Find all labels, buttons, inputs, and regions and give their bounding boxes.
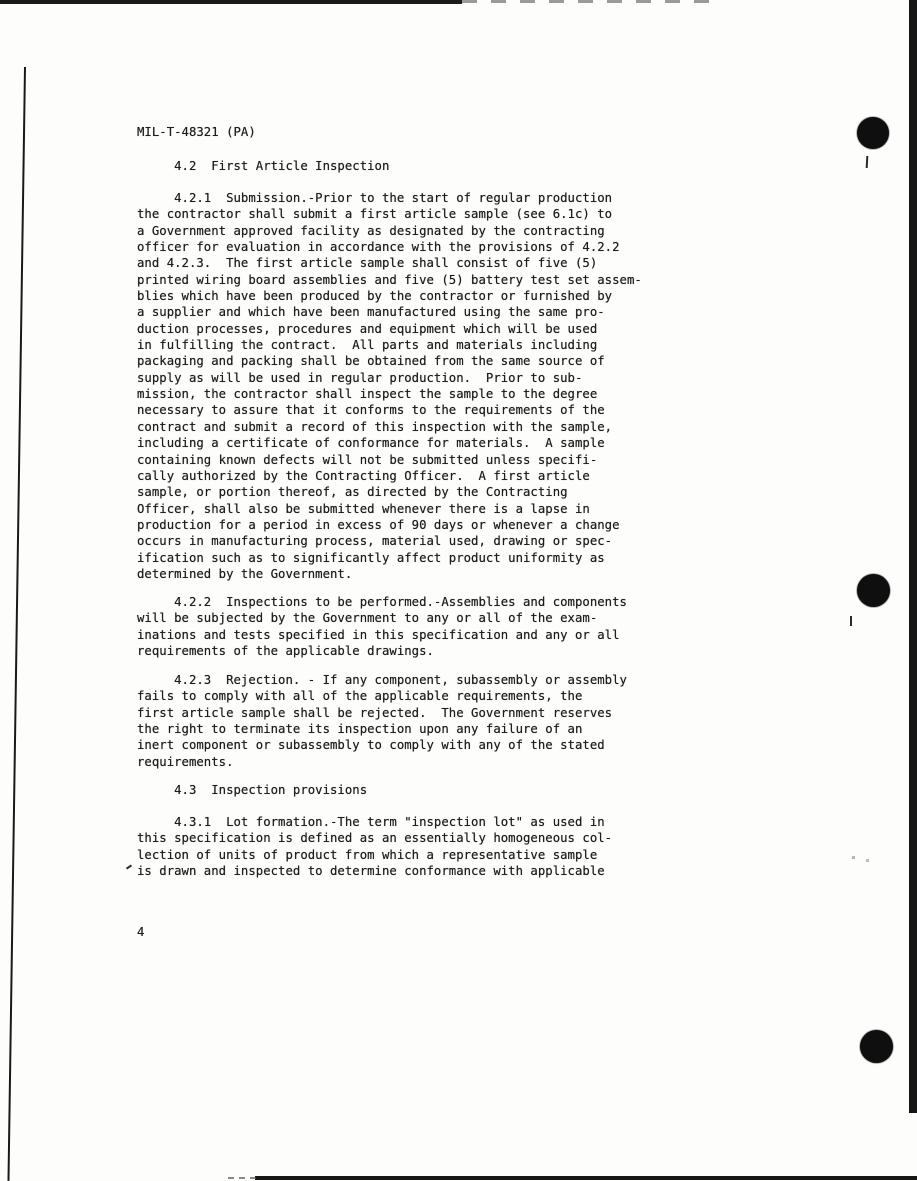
paragraph-4-2-1-submission: 4.2.1 Submission.-Prior to the start of …: [137, 190, 642, 582]
paragraph-4-2-2-inspections: 4.2.2 Inspections to be performed.-Assem…: [137, 594, 627, 659]
ink-speck: [866, 156, 869, 168]
paragraph-4-2-3-rejection: 4.2.3 Rejection. - If any component, sub…: [137, 672, 627, 770]
binding-hole-middle: [857, 574, 890, 607]
page-number: 4: [137, 924, 144, 940]
ink-speck: [852, 856, 855, 859]
paragraph-4-3-1-lot-formation: 4.3.1 Lot formation.-The term "inspectio…: [137, 814, 612, 879]
scanned-document-page: MIL-T-48321 (PA) 4.2 First Article Inspe…: [0, 0, 917, 1181]
scan-top-edge-line: [0, 0, 462, 4]
document-id-header: MIL-T-48321 (PA): [137, 124, 256, 140]
scan-right-edge-bar: [909, 0, 917, 1113]
binding-hole-top: [857, 117, 889, 149]
ink-speck: [126, 864, 132, 869]
section-heading-4-2: 4.2 First Article Inspection: [137, 158, 389, 174]
binding-hole-bottom: [860, 1030, 893, 1063]
scan-top-edge-dashes: [462, 0, 710, 3]
scan-left-margin-line: [7, 67, 26, 1181]
ink-speck: [850, 616, 852, 626]
scan-bottom-edge-dashes: [228, 1177, 256, 1179]
ink-speck: [866, 859, 869, 862]
scan-bottom-edge-line: [255, 1176, 917, 1180]
section-heading-4-3: 4.3 Inspection provisions: [137, 782, 367, 798]
